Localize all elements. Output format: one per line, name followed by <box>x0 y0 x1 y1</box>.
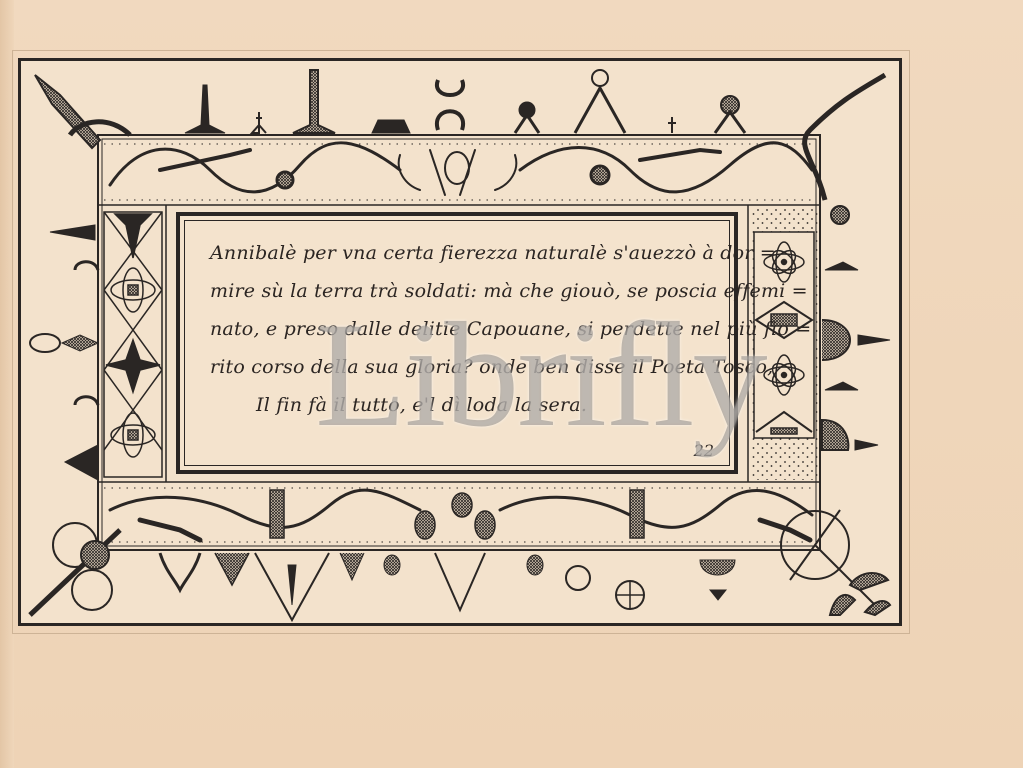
calligraphic-inscription: Annibalè per vna certa fierezza naturalè… <box>210 234 710 424</box>
corner-top-left <box>35 75 130 148</box>
inscription-line: mire sù la terra trà soldati: mà che gio… <box>210 272 710 310</box>
top-finials <box>185 70 745 133</box>
plate-number: 22 <box>694 441 714 460</box>
bottom-foliage-scroll <box>110 490 812 540</box>
inscription-line: Il fin fà il tutto, e'l dì loda la sera. <box>210 386 710 424</box>
corner-bottom-left <box>30 523 120 615</box>
right-finials <box>822 206 890 450</box>
inscription-line: rito corso della sua gloria? onde ben di… <box>210 348 710 386</box>
top-foliage-scroll <box>110 143 812 195</box>
corner-top-right <box>805 75 885 200</box>
bottom-pendants <box>160 553 735 620</box>
inscription-line: nato, e preso dalle delitie Capouane, si… <box>210 310 710 348</box>
left-lattice-panel <box>104 212 162 477</box>
inscription-line: Annibalè per vna certa fierezza naturalè… <box>210 234 710 272</box>
inscription-panel: Annibalè per vna certa fierezza naturalè… <box>176 212 738 474</box>
left-finials <box>30 225 98 480</box>
corner-bottom-right <box>781 510 890 615</box>
